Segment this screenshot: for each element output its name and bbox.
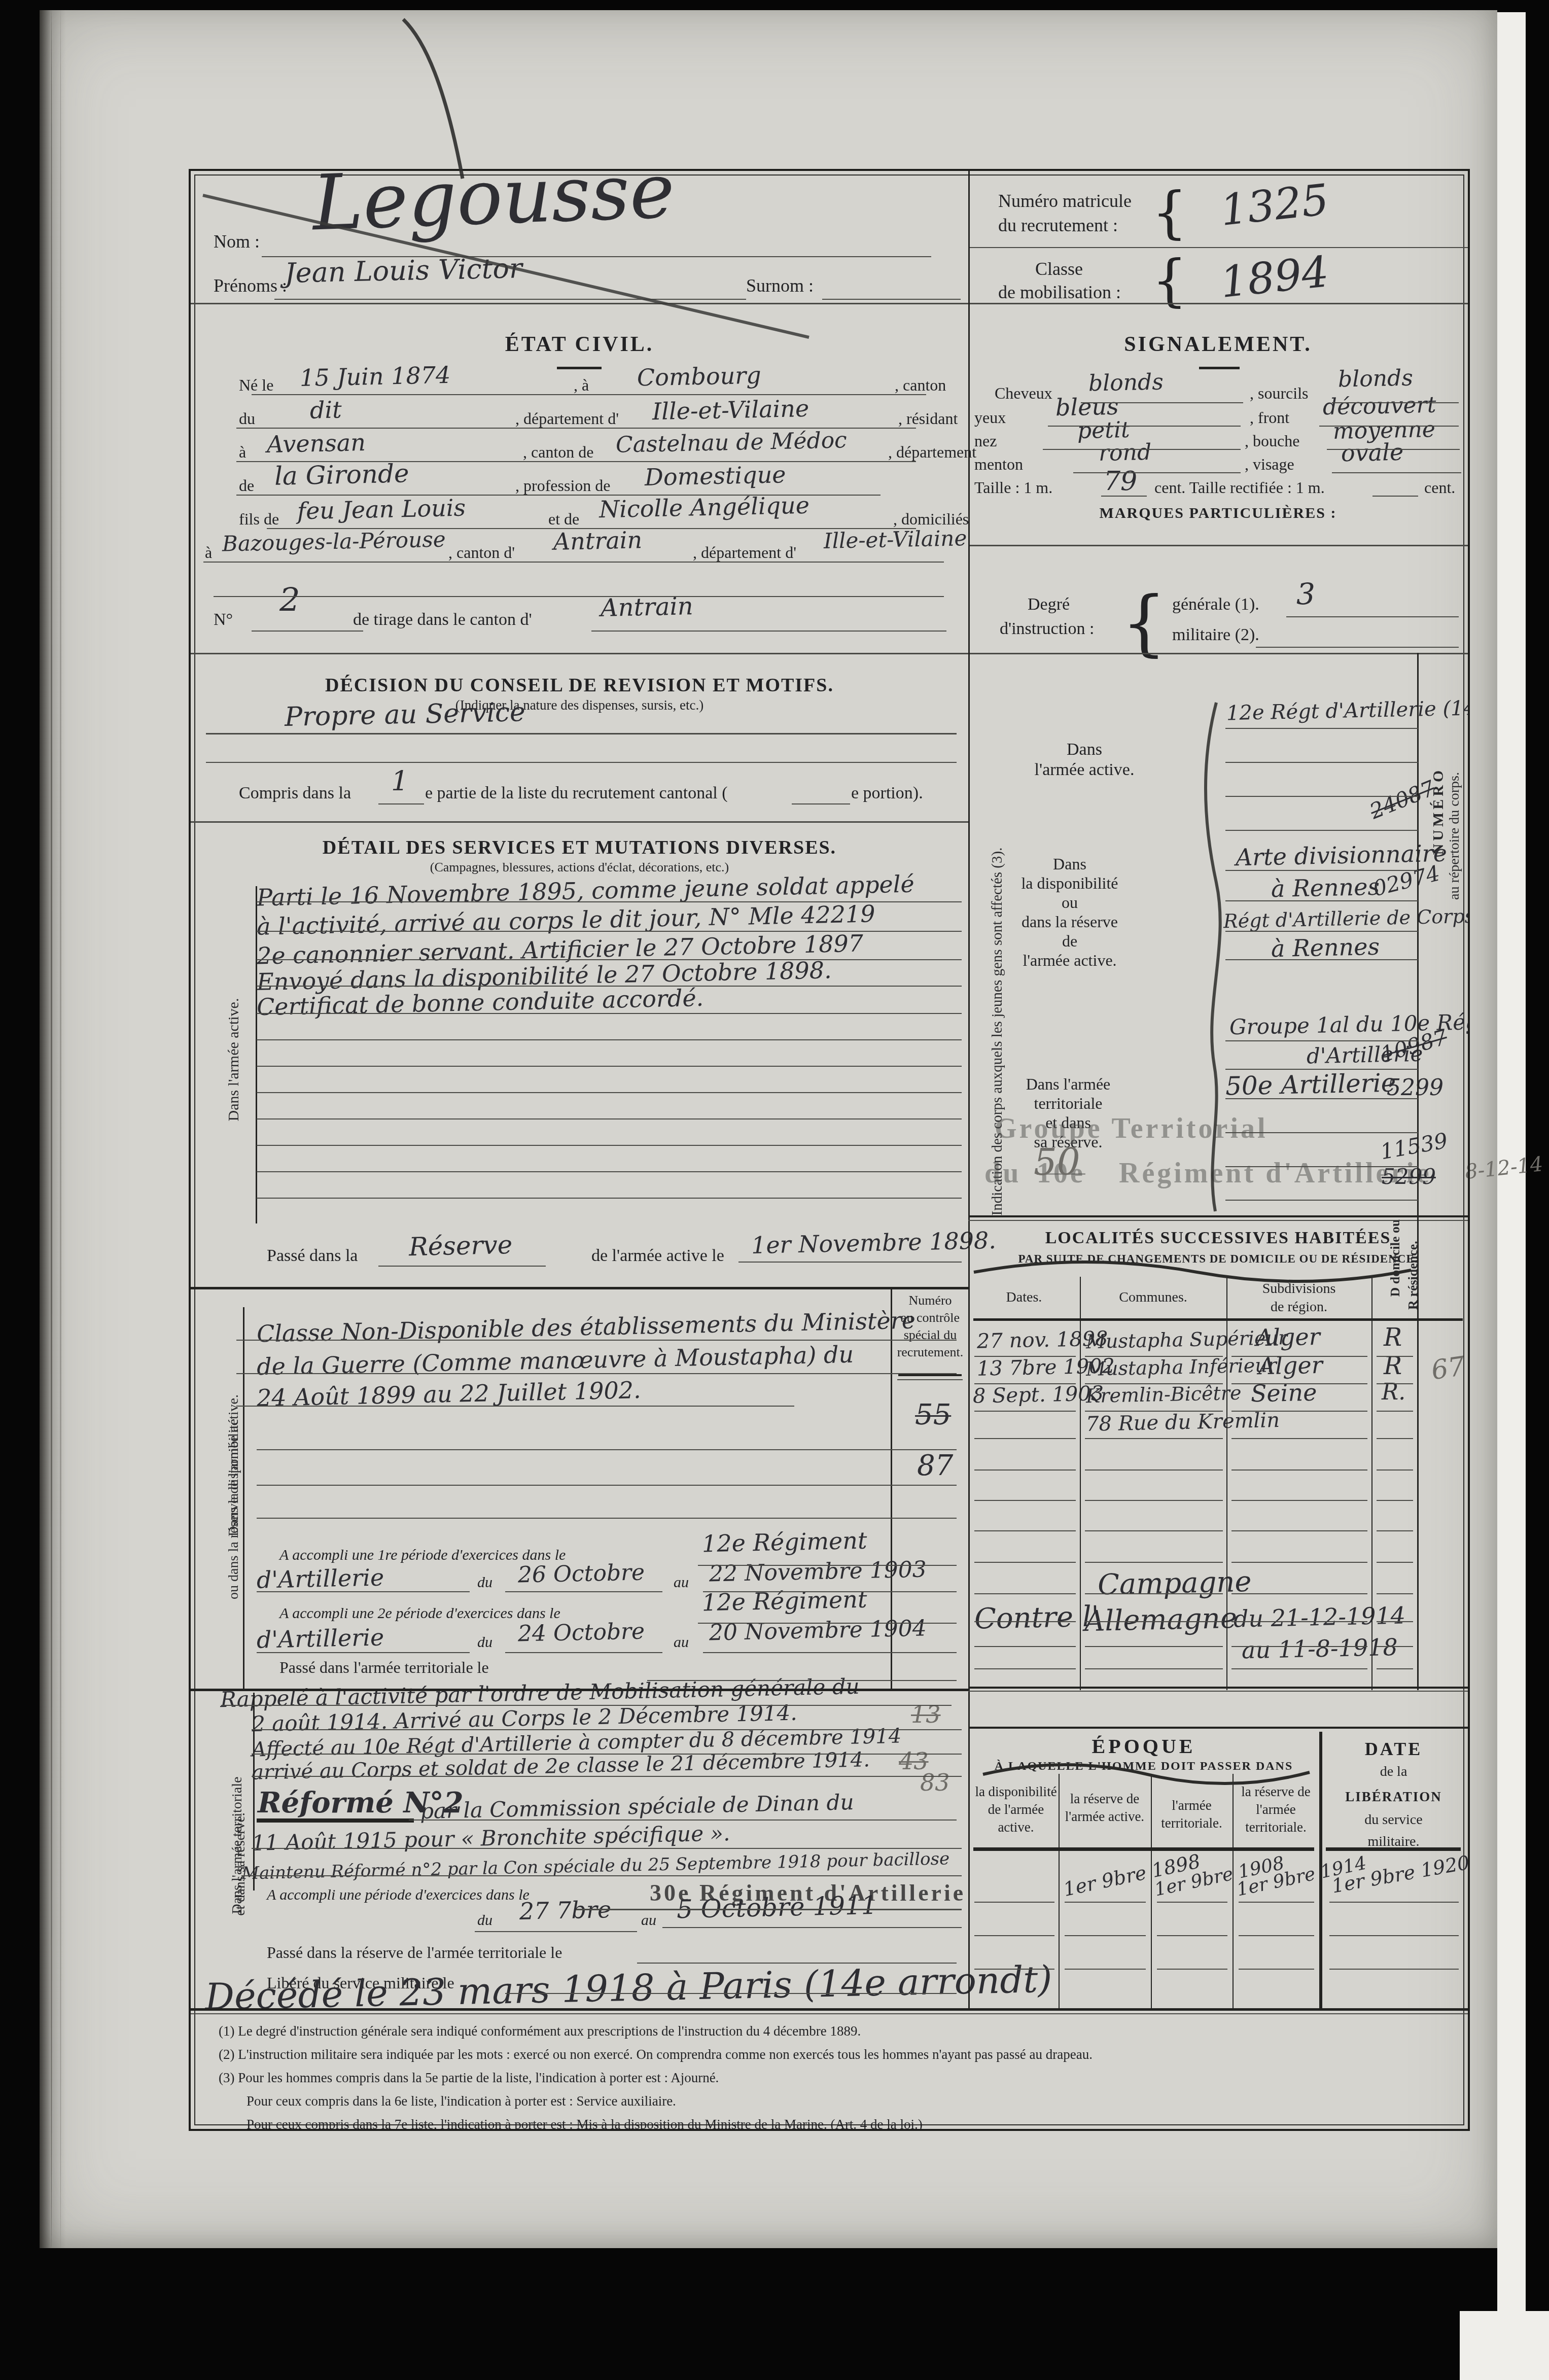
controle-valeur-1: 55 xyxy=(915,1398,951,1431)
reforme-motif: 11 Août 1915 pour « Bronchite spécifique… xyxy=(252,1821,730,1856)
form-rule xyxy=(968,1691,1468,1692)
form-rule xyxy=(1371,1277,1372,1690)
instruction-label: d'instruction : xyxy=(1000,619,1095,639)
date-liberation-3: LIBÉRATION xyxy=(1319,1789,1468,1805)
periode2-du: du xyxy=(477,1634,492,1651)
form-rule xyxy=(1225,1069,1418,1070)
form-rule xyxy=(221,1705,952,1706)
compris-2: e partie de la liste du recrutement cant… xyxy=(425,784,728,803)
corps-dispo-ligne: à Rennes xyxy=(1271,873,1380,902)
corps-active-valeur: 12e Régt d'Artillerie (14e Bie) xyxy=(1226,695,1470,725)
form-rule xyxy=(1231,1500,1367,1501)
form-rule xyxy=(1327,449,1460,450)
periode1-date2: 22 Novembre 1903 xyxy=(709,1557,927,1587)
periode2-au: au xyxy=(674,1634,689,1651)
periode1-du: du xyxy=(477,1574,492,1591)
visage-label: , visage xyxy=(1245,455,1294,474)
campagne-au: au 11-8-1918 xyxy=(1241,1633,1398,1664)
localite-commune: 78 Rue du Kremlin xyxy=(1086,1409,1280,1436)
signalement-title: SIGNALEMENT. xyxy=(968,332,1468,357)
brace: { xyxy=(1121,582,1167,664)
departement-d2-label: , département d' xyxy=(693,543,796,562)
form-rule xyxy=(1372,496,1418,497)
form-rule xyxy=(974,1469,1076,1471)
tirage-texte: de tirage dans le canton d' xyxy=(353,610,532,629)
nez-label: nez xyxy=(974,432,997,450)
form-rule xyxy=(1417,1215,1419,1690)
form-rule xyxy=(252,631,363,632)
form-rule xyxy=(257,1518,957,1519)
form-rule xyxy=(505,1591,662,1592)
form-rule xyxy=(974,1621,1076,1622)
numero-tirage: 2 xyxy=(279,582,300,619)
form-rule xyxy=(257,1092,962,1093)
numero-repertoire-label-2: au répertoire du corps. xyxy=(1447,694,1463,978)
form-rule xyxy=(257,1039,962,1040)
form-rule xyxy=(257,1591,470,1592)
form-rule xyxy=(1231,1621,1367,1622)
form-rule xyxy=(1085,1383,1223,1384)
fils-de-label: fils de xyxy=(239,510,279,529)
periode2-label: A accompli une 2e période d'exercices da… xyxy=(279,1605,560,1622)
matricule-form: Nom : Legousse Prénoms : Jean Louis Vict… xyxy=(189,169,1470,2131)
epoque-col-2: la réserve de l'armée active. xyxy=(1059,1790,1151,1826)
form-rule xyxy=(703,1591,957,1592)
canton-d-label: , canton d' xyxy=(448,543,515,562)
form-rule xyxy=(1085,1621,1223,1622)
form-rule xyxy=(1157,1935,1227,1936)
matricule-value: 1325 xyxy=(1218,174,1331,235)
form-rule xyxy=(974,1562,1076,1563)
form-rule xyxy=(1231,1469,1367,1471)
classe-label-2: de mobilisation : xyxy=(998,282,1121,303)
dispo-ligne: de la Guerre (Comme manœuvre à Moustapha… xyxy=(257,1341,854,1381)
form-rule xyxy=(974,1969,1054,1970)
instruction-generale-value: 3 xyxy=(1296,577,1315,611)
corps-dispo-label: la disponibilité xyxy=(994,874,1146,893)
form-rule xyxy=(637,1963,957,1964)
form-rule xyxy=(257,1171,962,1172)
form-rule xyxy=(1319,1732,1322,2008)
form-rule xyxy=(1377,1562,1413,1563)
localite-commune: Kremlin-Bicêtre xyxy=(1086,1382,1242,1407)
campagne-pays: Allemagne xyxy=(1084,1602,1237,1638)
col-communes: Communes. xyxy=(1080,1289,1226,1306)
form-rule xyxy=(252,1848,962,1849)
form-rule xyxy=(236,461,916,462)
form-rule xyxy=(1377,1469,1413,1471)
et-de-label: et de xyxy=(548,510,579,529)
side-label-armee-active: Dans l'armée active. xyxy=(225,902,242,1217)
form-rule xyxy=(647,1680,957,1681)
naissance-lieu: Combourg xyxy=(637,361,761,391)
form-rule xyxy=(257,1198,962,1199)
front: découvert xyxy=(1322,392,1436,421)
form-rule xyxy=(378,803,424,804)
form-rule xyxy=(252,1776,962,1777)
form-rule xyxy=(257,959,962,960)
form-rule xyxy=(968,1215,1468,1217)
form-rule xyxy=(1225,1200,1418,1201)
form-rule xyxy=(1085,1411,1223,1412)
corps-terr-label: Dans l'armée xyxy=(997,1075,1139,1094)
taille: 79 xyxy=(1104,466,1137,497)
decision-title: DÉCISION DU CONSEIL DE REVISION ET MOTIF… xyxy=(191,674,968,696)
form-rule xyxy=(1081,402,1243,403)
periode2-date2: 20 Novembre 1904 xyxy=(709,1616,927,1646)
departement-residence: la Gironde xyxy=(274,459,409,491)
date-liberation-1: DATE xyxy=(1319,1738,1468,1760)
nom-value: Legousse xyxy=(311,169,676,248)
controle-label: recrutement. xyxy=(892,1345,968,1360)
form-rule xyxy=(256,886,257,1223)
form-rule xyxy=(1080,1277,1081,1690)
passe-reserve-label: Passé dans la xyxy=(267,1246,358,1266)
form-rule xyxy=(1048,426,1241,427)
form-rule xyxy=(974,1668,1076,1669)
form-rule xyxy=(1377,1438,1413,1439)
corps-active-label-2: l'armée active. xyxy=(1008,760,1160,780)
compris-label: Compris dans la xyxy=(239,784,351,803)
form-rule xyxy=(1225,1132,1418,1133)
form-rule xyxy=(1417,653,1419,1215)
form-rule xyxy=(1085,1646,1223,1647)
col-subdivisions: Subdivisions xyxy=(1226,1281,1371,1297)
form-rule xyxy=(974,1411,1076,1412)
periode-du: du xyxy=(477,1912,492,1929)
canton-naissance: dit xyxy=(309,396,342,424)
yeux-label: yeux xyxy=(974,408,1006,427)
form-rule xyxy=(1231,1593,1367,1594)
form-rule xyxy=(257,1449,957,1450)
menton-label: menton xyxy=(974,455,1023,474)
instruction-militaire-label: militaire (2). xyxy=(1172,625,1259,645)
form-rule xyxy=(1085,1530,1223,1531)
matricule-label: Numéro matricule xyxy=(998,190,1132,212)
book-spine-shadow xyxy=(40,10,66,2248)
form-rule xyxy=(968,1727,1468,1729)
form-rule xyxy=(698,1623,957,1624)
stamp-du: du xyxy=(984,1157,1021,1189)
profession: Domestique xyxy=(644,461,786,491)
periode-date-debut: 27 7bre xyxy=(519,1896,611,1925)
form-rule xyxy=(1065,1935,1146,1936)
form-rule xyxy=(206,733,957,734)
form-rule xyxy=(257,1652,470,1653)
cheveux: blonds xyxy=(1088,369,1164,396)
form-rule xyxy=(191,1287,968,1289)
form-rule xyxy=(1231,1530,1367,1531)
controle-label: au contrôle xyxy=(892,1310,968,1325)
periode-date-fin: 5 Octobre 1911 xyxy=(676,1891,877,1924)
form-rule xyxy=(257,931,962,932)
date-liberation-4: du service xyxy=(1319,1812,1468,1828)
form-rule xyxy=(1329,1935,1459,1936)
a2-label: à xyxy=(239,443,246,462)
form-rule xyxy=(1377,1621,1413,1622)
periode2-artiller: d'Artillerie xyxy=(256,1623,384,1653)
passe-reserve-valeur: Réserve xyxy=(408,1230,512,1262)
form-rule xyxy=(1226,1277,1227,1690)
form-rule xyxy=(968,1687,1468,1689)
footnote: (3) Pour les hommes compris dans la 5e p… xyxy=(219,2070,719,2086)
ne-le-label: Né le xyxy=(239,376,273,395)
corner-page-edge xyxy=(1460,2311,1549,2380)
canton-parents: Antrain xyxy=(553,526,642,555)
form-rule xyxy=(1085,1469,1223,1471)
form-rule xyxy=(206,762,957,763)
passe-reserve-date: 1er Novembre 1898. xyxy=(751,1227,996,1259)
form-rule xyxy=(1085,1668,1223,1669)
domicile-parents: Bazouges-la-Pérouse xyxy=(222,527,446,556)
passe-reserve-2: de l'armée active le xyxy=(591,1246,724,1266)
form-rule xyxy=(898,1374,962,1376)
form-rule xyxy=(1231,1356,1367,1357)
form-rule xyxy=(974,1356,1076,1357)
epoque-subtitle: À LAQUELLE L'HOMME DOIT PASSER DANS xyxy=(968,1760,1319,1773)
form-rule xyxy=(1332,472,1461,473)
form-rule xyxy=(1319,426,1459,427)
form-rule xyxy=(974,1902,1054,1903)
marques-label: MARQUES PARTICULIÈRES : xyxy=(968,505,1468,522)
accompli-periode-label: A accompli une période d'exercices dans … xyxy=(267,1886,530,1904)
sourcils: blonds xyxy=(1337,365,1413,392)
canton-residence: Castelnau de Médoc xyxy=(616,427,848,458)
departement-naissance: Ille-et-Vilaine xyxy=(652,395,809,425)
residant-label: , résidant xyxy=(898,409,958,428)
sourcils-label: , sourcils xyxy=(1250,384,1309,403)
form-rule xyxy=(897,1379,963,1380)
brace: { xyxy=(1152,180,1187,245)
form-rule xyxy=(1085,1562,1223,1563)
taille-rectifiee-label: cent. Taille rectifiée : 1 m. xyxy=(1154,478,1325,497)
spine-line xyxy=(60,10,61,2248)
departement2-label: , département xyxy=(888,443,976,462)
form-rule xyxy=(891,1287,892,1689)
form-rule xyxy=(1157,1969,1227,1970)
prenoms-label: Prénoms : xyxy=(214,275,287,296)
form-rule xyxy=(236,1406,794,1407)
periode1-date1: 26 Octobre xyxy=(517,1559,645,1588)
form-rule xyxy=(1239,1935,1314,1936)
form-rule xyxy=(974,1500,1076,1501)
repertoire-numero: 5299 xyxy=(1387,1075,1444,1101)
residence: Avensan xyxy=(266,429,366,458)
corps-dispo-label: l'armée active. xyxy=(994,951,1146,970)
cheveux-label: Cheveux xyxy=(995,384,1052,403)
menton: rond xyxy=(1098,439,1151,466)
form-rule xyxy=(191,303,1468,304)
form-rule xyxy=(214,596,944,597)
form-rule xyxy=(1377,1593,1413,1594)
controle-label: Numéro xyxy=(892,1293,968,1308)
front-label: , front xyxy=(1250,408,1289,427)
form-rule xyxy=(973,1318,1463,1321)
epoque-title: ÉPOQUE xyxy=(968,1734,1319,1758)
spine-line xyxy=(51,10,52,2248)
form-rule xyxy=(1231,1646,1367,1647)
pere: feu Jean Louis xyxy=(297,494,466,525)
canton-de-label: , canton de xyxy=(523,443,594,462)
form-rule xyxy=(973,1847,1314,1851)
form-rule xyxy=(236,428,916,429)
form-rule xyxy=(475,1931,637,1932)
cent2-label: cent. xyxy=(1424,478,1455,497)
classe-label: Classe xyxy=(1035,258,1083,279)
prenoms-value: Jean Louis Victor xyxy=(284,252,522,289)
form-rule xyxy=(1377,1668,1413,1669)
epoque-col-4: la réserve de l'armée territoriale. xyxy=(1233,1783,1319,1836)
passe-territoriale-label: Passé dans l'armée territoriale le xyxy=(279,1658,489,1677)
form-rule xyxy=(1239,1902,1314,1903)
bouche-label: , bouche xyxy=(1245,432,1299,450)
decision-valeur: Propre au Service xyxy=(284,697,525,732)
form-rule xyxy=(1043,449,1241,450)
corps-terr-label: territoriale xyxy=(997,1094,1139,1113)
de-label: de xyxy=(239,476,254,495)
col-dr-1: D domicile ou xyxy=(1388,1177,1403,1339)
form-rule xyxy=(1231,1438,1367,1439)
form-rule xyxy=(1231,1411,1367,1412)
col-dates: Dates. xyxy=(968,1289,1080,1306)
instruction-generale-label: générale (1). xyxy=(1172,595,1259,614)
footnote: (2) L'instruction militaire sera indiqué… xyxy=(219,2047,1093,2062)
form-rule xyxy=(1059,1774,1060,2008)
reforme-texte: par la Commission spéciale de Dinan du xyxy=(420,1790,854,1824)
footnote: Pour ceux compris dans la 7e liste, l'in… xyxy=(247,2117,923,2131)
compris-3: e portion). xyxy=(851,784,923,803)
form-rule xyxy=(1239,1969,1314,1970)
form-rule xyxy=(1225,959,1418,960)
canton-label: , canton xyxy=(895,376,946,395)
col-subdivisions-2: de région. xyxy=(1226,1299,1371,1315)
corps-vertical-label: Indication des corps auxquels les jeunes… xyxy=(989,765,1006,1298)
form-rule xyxy=(1225,870,1418,871)
form-rule xyxy=(262,256,931,257)
form-rule xyxy=(1377,1383,1413,1384)
form-rule xyxy=(968,545,1468,546)
form-rule xyxy=(243,1307,244,1689)
nom-label: Nom : xyxy=(214,231,260,252)
departement-label: , département d' xyxy=(515,409,619,428)
profession-label: , profession de xyxy=(515,476,611,495)
form-rule xyxy=(252,1754,962,1755)
repertoire-numero: 24087 xyxy=(1366,776,1438,824)
numero-tirage-label: N° xyxy=(214,610,233,629)
epoque-col-3: l'armée territoriale. xyxy=(1151,1797,1233,1832)
a3-label: à xyxy=(205,543,212,562)
corps-dispo-label: de xyxy=(994,932,1146,951)
periode1-regiment: 12e Régiment xyxy=(701,1527,867,1558)
corps-dispo-label: dans la réserve xyxy=(994,913,1146,931)
form-rule xyxy=(236,1373,957,1374)
form-rule xyxy=(257,1118,962,1119)
periode2-date1: 24 Octobre xyxy=(517,1618,645,1647)
form-rule xyxy=(1377,1500,1413,1501)
form-rule xyxy=(409,1819,957,1821)
form-rule xyxy=(203,562,944,563)
form-rule xyxy=(253,1693,255,1891)
form-rule xyxy=(792,803,850,804)
form-rule xyxy=(968,247,1468,248)
form-rule xyxy=(662,1927,962,1928)
form-rule xyxy=(1225,1166,1418,1167)
periode1-label: A accompli une 1re période d'exercices d… xyxy=(279,1547,566,1564)
form-rule xyxy=(1329,1902,1459,1903)
form-rule xyxy=(1085,1500,1223,1501)
form-rule xyxy=(1233,1774,1234,2008)
du-label: du xyxy=(239,409,255,428)
form-rule xyxy=(191,2008,1468,2011)
form-rule xyxy=(1286,616,1459,617)
form-rule xyxy=(252,394,926,395)
form-rule xyxy=(1377,1356,1413,1357)
form-rule xyxy=(274,299,746,300)
corps-dispo-label: ou xyxy=(994,893,1146,912)
form-rule xyxy=(1085,1356,1223,1357)
visage: ovale xyxy=(1341,438,1403,467)
campagne-du: du 21-12-1914 xyxy=(1233,1601,1405,1632)
form-rule xyxy=(1377,1646,1413,1647)
form-rule xyxy=(1065,1902,1146,1903)
form-rule xyxy=(267,528,916,529)
localite-commune: Mustapha Inférieur xyxy=(1086,1354,1277,1380)
stamp-groupe-territorial: Groupe Territorial xyxy=(995,1112,1268,1145)
form-rule xyxy=(1225,830,1418,831)
form-rule xyxy=(1256,647,1459,648)
form-rule xyxy=(974,1593,1076,1594)
form-rule xyxy=(974,1646,1076,1647)
hand-50-over-stamp: 50 xyxy=(1034,1141,1080,1183)
form-rule xyxy=(252,1729,962,1730)
localite-subdivision: Alger xyxy=(1255,1323,1320,1352)
epoque-col-1: la disponibilité de l'armée active. xyxy=(973,1783,1059,1836)
form-rule xyxy=(1231,1562,1367,1563)
form-rule xyxy=(1231,1383,1367,1384)
form-rule xyxy=(1332,402,1459,403)
date-liberation-2: de la xyxy=(1319,1764,1468,1780)
form-rule xyxy=(505,1993,957,1994)
form-rule xyxy=(698,1565,957,1566)
form-rule xyxy=(703,1652,957,1653)
form-rule xyxy=(1073,472,1241,473)
form-rule xyxy=(1225,728,1418,729)
corps-terr-ligne: 50e Artillerie xyxy=(1225,1068,1396,1101)
classe-value: 1894 xyxy=(1218,247,1331,307)
form-rule xyxy=(1329,1969,1459,1970)
form-rule xyxy=(1065,1969,1146,1970)
form-rule xyxy=(1225,762,1418,763)
form-rule xyxy=(974,1383,1076,1384)
form-rule xyxy=(822,299,961,300)
form-rule xyxy=(257,901,962,902)
mere: Nicolle Angélique xyxy=(599,492,809,523)
form-rule xyxy=(191,821,968,823)
form-rule xyxy=(1326,1847,1461,1851)
periode1-artiller: d'Artillerie xyxy=(256,1563,384,1593)
form-rule xyxy=(1377,1530,1413,1531)
footnote: (1) Le degré d'instruction générale sera… xyxy=(219,2023,861,2039)
a-label: , à xyxy=(574,376,589,395)
form-rule xyxy=(1157,1902,1227,1903)
services-title: DÉTAIL DES SERVICES ET MUTATIONS DIVERSE… xyxy=(191,836,968,859)
periode-au: au xyxy=(641,1912,656,1929)
form-rule xyxy=(1151,1774,1152,2008)
form-rule xyxy=(738,1262,962,1263)
form-rule xyxy=(1225,931,1418,932)
corps-dispo-ligne: à Rennes xyxy=(1271,933,1380,962)
localite-dr: R xyxy=(1384,1323,1402,1352)
